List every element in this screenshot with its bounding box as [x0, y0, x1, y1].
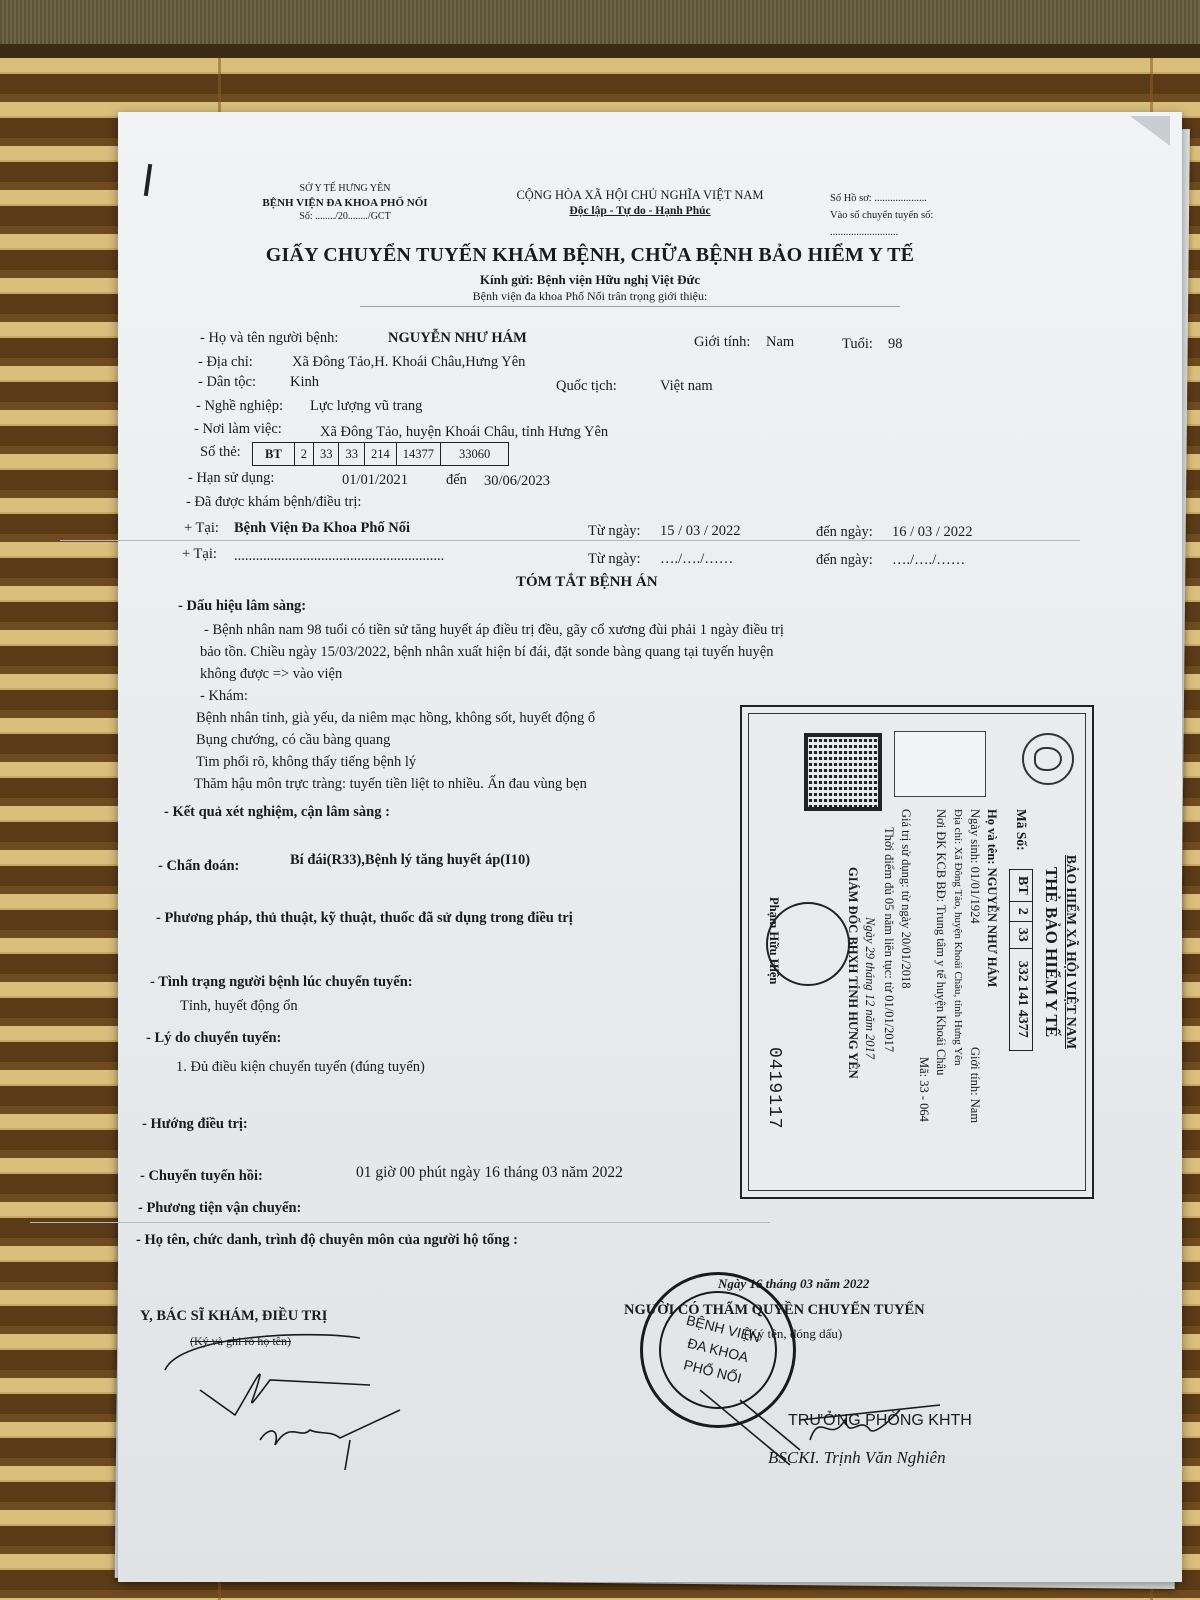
treatment-from: 15 / 03 / 2022: [660, 523, 741, 540]
nationality-value: Việt nam: [660, 378, 713, 395]
workplace-value: Xã Đông Tảo, huyện Khoái Châu, tỉnh Hưng…: [320, 424, 608, 441]
card-code-boxes: BT 2 33 332 141 4377: [1009, 869, 1033, 1051]
card-org: BẢO HIỂM XÃ HỘI VIỆT NAM: [1063, 717, 1080, 1187]
divider: [360, 306, 900, 307]
insurance-stamp: [766, 902, 850, 986]
card-code-segment: 332 141 4377: [1010, 949, 1032, 1050]
exam-label: - Khám:: [200, 688, 248, 705]
workplace-label: - Nơi làm việc:: [194, 421, 282, 438]
methods-clip: - Phương pháp, thủ thuật, kỹ thuật, thuố…: [150, 910, 732, 934]
transfer-book-number: Vào sổ chuyển tuyến số:: [830, 207, 933, 224]
card-segment: 214: [365, 443, 397, 465]
history-line: không được => vào viện: [200, 666, 342, 683]
card-validity: Giá trị sử dụng: từ ngày 20/01/2018: [897, 809, 914, 989]
treatment-place: Bệnh Viện Đa Khoa Phố Nối: [234, 520, 410, 537]
card-segment: 14377: [397, 443, 441, 465]
card-facility-code: Mã: 33 - 064: [915, 1057, 932, 1122]
national-motto: Độc lập - Tự do - Hạnh Phúc: [470, 203, 810, 219]
treatment-at-label: + Tại:: [182, 546, 217, 563]
exam-line: Tim phổi rõ, không thấy tiếng bệnh lý: [196, 754, 416, 771]
scan-line: [60, 540, 1080, 541]
card-segment: 33060: [441, 443, 508, 465]
treatment-history-label: - Đã được khám bệnh/điều trị:: [186, 494, 361, 511]
transfer-book-dots: ..........................: [830, 224, 933, 241]
photo-placeholder: [894, 731, 986, 797]
card-facility: Nơi ĐK KCB BĐ: Trung tâm y tế huyện Khoá…: [932, 809, 949, 1075]
reason-label: - Lý do chuyển tuyến:: [146, 1030, 281, 1047]
diagnosis-value: Bí đái(R33),Bệnh lý tăng huyết áp(I10): [290, 852, 530, 869]
card-address: Địa chỉ: Xã Đông Tảo, huyện Khoái Châu, …: [949, 809, 966, 1065]
card-continuous: Thời điểm đủ 05 năm liên tục: từ 01/01/2…: [880, 827, 897, 1052]
department-name: SỞ Y TẾ HƯNG YÊN: [225, 182, 465, 196]
gender-value: Nam: [766, 334, 794, 351]
folded-corner: [1130, 116, 1170, 146]
reason-value: 1. Đủ điều kiện chuyển tuyến (đúng tuyến…: [176, 1059, 425, 1076]
treatment-from-label: Từ ngày:: [588, 551, 641, 568]
exam-line: Bụng chướng, có cầu bàng quang: [196, 732, 390, 749]
card-code-label: Mã Số:: [1013, 809, 1030, 851]
occupation-value: Lực lượng vũ trang: [310, 398, 422, 415]
card-code-segment: 33: [1010, 922, 1032, 949]
card-director-title: GIÁM ĐỐC BHXH TỈNH HƯNG YÊN: [844, 867, 861, 1079]
history-line: bảo tồn. Chiều ngày 15/03/2022, bệnh nhâ…: [200, 644, 773, 661]
ethnicity-value: Kinh: [290, 374, 319, 391]
address-value: Xã Đông Tảo,H. Khoái Châu,Hưng Yên: [292, 354, 525, 371]
escort-label: - Họ tên, chức danh, trình độ chuyên môn…: [136, 1232, 518, 1249]
card-number-label: Số thẻ:: [200, 444, 241, 461]
lab-results-label: - Kết quả xét nghiệm, cận lâm sàng :: [164, 804, 390, 821]
ethnicity-label: - Dân tộc:: [198, 374, 256, 391]
clinical-signs-label: - Dấu hiệu lâm sàng:: [178, 598, 306, 615]
gender-label: Giới tính:: [694, 334, 750, 351]
treatment-to: 16 / 03 / 2022: [892, 524, 973, 541]
hospital-name: BỆNH VIỆN ĐA KHOA PHỐ NỐI: [225, 196, 465, 210]
header-center: CỘNG HÒA XÃ HỘI CHỦ NGHĨA VIỆT NAM Độc l…: [470, 187, 810, 219]
condition-label: - Tình trạng người bệnh lúc chuyển tuyến…: [150, 974, 413, 991]
card-title: THẺ BẢO HIỂM Y TẾ: [1043, 717, 1060, 1187]
card-code-segment: BT: [1010, 870, 1032, 902]
valid-from: 01/01/2021: [342, 472, 408, 489]
card-birth: Ngày sinh: 01/01/1924: [966, 809, 983, 924]
occupation-label: - Nghề nghiệp:: [196, 398, 283, 415]
age-label: Tuổi:: [842, 336, 873, 353]
valid-to: 30/06/2023: [484, 473, 550, 490]
card-segment: BT: [253, 443, 295, 465]
card-gender: Giới tính: Nam: [966, 1047, 983, 1123]
exam-lines: Bệnh nhân tỉnh, già yếu, da niêm mạc hồn…: [190, 710, 730, 800]
header-right: Số Hồ sơ: .................... Vào sổ ch…: [830, 190, 933, 241]
scan-line: [30, 1222, 770, 1223]
doctor-title: Y, BÁC SĨ KHÁM, ĐIỀU TRỊ: [140, 1308, 327, 1325]
signer-name: BSCKI. Trịnh Văn Nghiên: [768, 1448, 946, 1468]
treatment-to-label: đến ngày:: [816, 524, 873, 541]
doctor-signature: [160, 1330, 420, 1480]
address-label: - Địa chỉ:: [198, 354, 253, 371]
transfer-time-label: - Chuyển tuyến hồi:: [140, 1168, 263, 1185]
patient-name-label: - Họ và tên người bệnh:: [200, 330, 338, 347]
nationality-label: Quốc tịch:: [556, 378, 617, 395]
treatment-place: ........................................…: [234, 548, 444, 565]
transfer-time-value: 01 giờ 00 phút ngày 16 tháng 03 năm 2022: [356, 1164, 623, 1182]
card-issued: Ngày 29 tháng 12 năm 2017: [861, 917, 878, 1059]
exam-line: Thăm hậu môn trực tràng: tuyến tiền liệt…: [194, 776, 587, 793]
card-segment: 2: [295, 443, 314, 465]
exam-line: Bệnh nhân tỉnh, già yếu, da niêm mạc hồn…: [196, 710, 595, 727]
treatment-at-label: + Tại:: [184, 520, 219, 537]
introduction: Bệnh viện đa khoa Phố Nối trân trọng giớ…: [300, 289, 880, 304]
history-line: - Bệnh nhân nam 98 tuổi có tiền sử tăng …: [204, 622, 784, 639]
card-name: Họ và tên: NGUYỄN NHƯ HÁM: [983, 809, 1000, 987]
addressee: Kính gửi: Bệnh viện Hữu nghị Việt Đức: [300, 272, 880, 288]
record-number: Số Hồ sơ: ....................: [830, 190, 933, 207]
card-serial: 0419117: [765, 1047, 782, 1130]
patient-name: NGUYỄN NHƯ HÁM: [388, 330, 527, 347]
age-value: 98: [888, 336, 903, 353]
document-number: Số: ......../20......../GCT: [225, 210, 465, 224]
republic-name: CỘNG HÒA XÃ HỘI CHỦ NGHĨA VIỆT NAM: [470, 187, 810, 203]
header-left: SỞ Y TẾ HƯNG YÊN BỆNH VIỆN ĐA KHOA PHỐ N…: [225, 182, 465, 224]
condition-value: Tỉnh, huyết động ổn: [180, 998, 298, 1015]
summary-heading: TÓM TẮT BỆNH ÁN: [516, 574, 658, 591]
diagnosis-label: - Chẩn đoán:: [158, 858, 239, 875]
insurance-card-content: BẢO HIỂM XÃ HỘI VIỆT NAM THẺ BẢO HIỂM Y …: [752, 717, 1082, 1187]
treatment-from: …./…./……: [660, 551, 733, 568]
valid-to-label: đến: [446, 472, 467, 489]
card-segment: 33: [314, 443, 340, 465]
validity-label: - Hạn sử dụng:: [188, 470, 274, 487]
direction-label: - Hướng điều trị:: [142, 1116, 248, 1133]
card-segment: 33: [339, 443, 365, 465]
treatment-from-label: Từ ngày:: [588, 523, 641, 540]
transport-label: - Phương tiện vận chuyển:: [138, 1200, 301, 1217]
treatment-to-label: đến ngày:: [816, 552, 873, 569]
card-number-boxes: BT 2 33 33 214 14377 33060: [252, 442, 509, 466]
methods-label: - Phương pháp, thủ thuật, kỹ thuật, thuố…: [156, 910, 573, 927]
card-code-segment: 2: [1010, 902, 1032, 922]
document-title: GIẤY CHUYỂN TUYẾN KHÁM BỆNH, CHỮA BỆNH B…: [200, 244, 980, 267]
treatment-to: …./…./……: [892, 552, 965, 569]
insurance-card-copy: BẢO HIỂM XÃ HỘI VIỆT NAM THẺ BẢO HIỂM Y …: [740, 705, 1094, 1199]
